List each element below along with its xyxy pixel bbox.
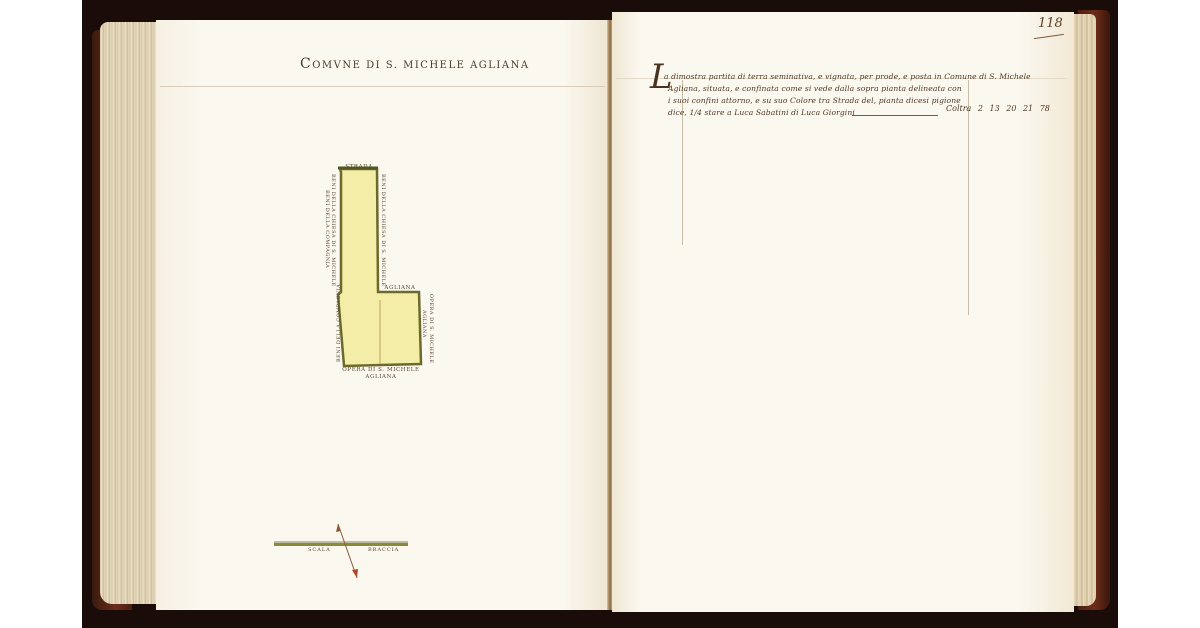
map-label-left-upper-2: BENI DELLA COMPAGNIA [324,190,330,268]
right-margin-rule [968,80,969,315]
scale-label-right: BRACCIA [368,547,399,553]
title-initial: C [300,56,312,72]
measure-value-5: 78 [1040,104,1050,113]
page-edges-left [100,22,158,604]
plate-title: COMVNE DI S. MICHELE AGLIANA [300,56,530,72]
map-label-bottom: OPERA DI S. MICHELE [338,367,424,373]
measure-value-2: 13 [990,104,1000,113]
manuscript-spread: COMVNE DI S. MICHELE AGLIANA STRADA BENI… [0,0,1200,628]
entry-line-1: a dimostra partita di terra seminativa, … [664,72,1031,81]
area-measure: Coltra 2 13 20 21 78 [946,104,1050,113]
scale-bar: SCALA BRACCIA [272,520,412,590]
entry-line-2: Agliana, situata, e confinata come si ve… [668,84,962,93]
title-text: OMVNE DI S. MICHELE AGLIANA [312,60,529,71]
top-ruling-left [160,86,605,87]
map-label-top: STRADA [342,164,376,170]
map-label-right-upper: BENI DELLA CHIESA DI S. MICHELE [380,174,386,287]
map-label-left-upper: BENI DELLA CHIESA DI S. MICHELE [330,174,336,287]
folio-number: 118 [1038,16,1063,31]
entry-line-4: dice, 1/4 stare a Luca Sabatini di Luca … [668,108,855,117]
map-label-left-lower: BENI DELLA COMPAGNIA [336,284,342,362]
entry-filler-line [852,115,938,116]
map-label-right-lower: OPERA DI S. MICHELE [428,294,434,363]
north-arrow-icon [272,520,412,590]
map-label-step: AGLIANA [382,285,418,291]
map-label-bottom-2: AGLIANA [338,374,424,380]
measure-value-4: 21 [1023,104,1033,113]
measure-label: Coltra [946,104,971,113]
entry-line-3: i suoi confini attorno, e su suo Colore … [668,96,961,105]
measure-value-1: 2 [978,104,983,113]
scale-label-left: SCALA [308,547,331,553]
map-label-right-lower-2: AGLIANA [421,310,427,338]
parcel-map: STRADA BENI DELLA CHIESA DI S. MICHELE B… [320,160,450,400]
measure-value-3: 20 [1006,104,1016,113]
